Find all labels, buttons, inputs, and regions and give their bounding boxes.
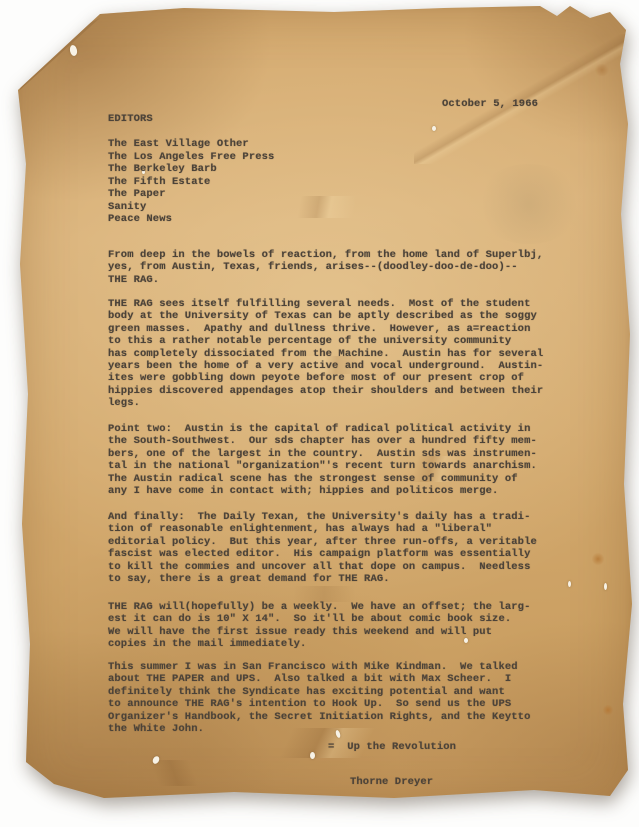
stain — [474, 164, 584, 244]
paragraph-intro: From deep in the bowels of reaction, fro… — [108, 249, 578, 286]
recipient-list: The East Village Other The Los Angeles F… — [108, 138, 274, 226]
recipient: The East Village Other — [108, 138, 274, 151]
paper-hole — [604, 583, 607, 590]
paragraph-daily-texan: And finally: The Daily Texan, the Univer… — [108, 511, 578, 585]
recipient: The Berkeley Barb — [108, 163, 274, 176]
recipient: Peace News — [108, 213, 274, 226]
stain — [603, 704, 613, 716]
paper-hole — [432, 126, 436, 131]
signature: Thorne Dreyer — [350, 776, 433, 788]
letter-paper: October 5, 1966 EDITORS The East Village… — [14, 4, 634, 812]
paper-hole — [69, 44, 78, 56]
recipient: The Paper — [108, 188, 274, 201]
closing: = Up the Revolution — [328, 741, 456, 753]
paragraph-point-two: Point two: Austin is the capital of radi… — [108, 423, 578, 497]
paragraph-ups-syndicate: This summer I was in San Francisco with … — [108, 661, 578, 735]
paper-hole — [310, 752, 315, 759]
salutation: EDITORS — [108, 113, 153, 125]
recipient: The Fifth Estate — [108, 176, 274, 189]
paragraph-point-one: THE RAG sees itself fulfilling several n… — [108, 298, 578, 410]
paper-hole — [35, 47, 44, 58]
paper-hole — [151, 755, 160, 765]
date: October 5, 1966 — [442, 98, 538, 110]
paper-shadow-wrap: October 5, 1966 EDITORS The East Village… — [0, 0, 639, 827]
torn-corner-fold — [14, 4, 114, 104]
scan-background: October 5, 1966 EDITORS The East Village… — [0, 0, 639, 827]
stain — [592, 552, 604, 566]
recipient: The Los Angeles Free Press — [108, 151, 274, 164]
recipient: Sanity — [108, 201, 274, 214]
stain — [594, 64, 610, 76]
paragraph-weekly-plan: THE RAG will(hopefully) be a weekly. We … — [108, 601, 578, 651]
